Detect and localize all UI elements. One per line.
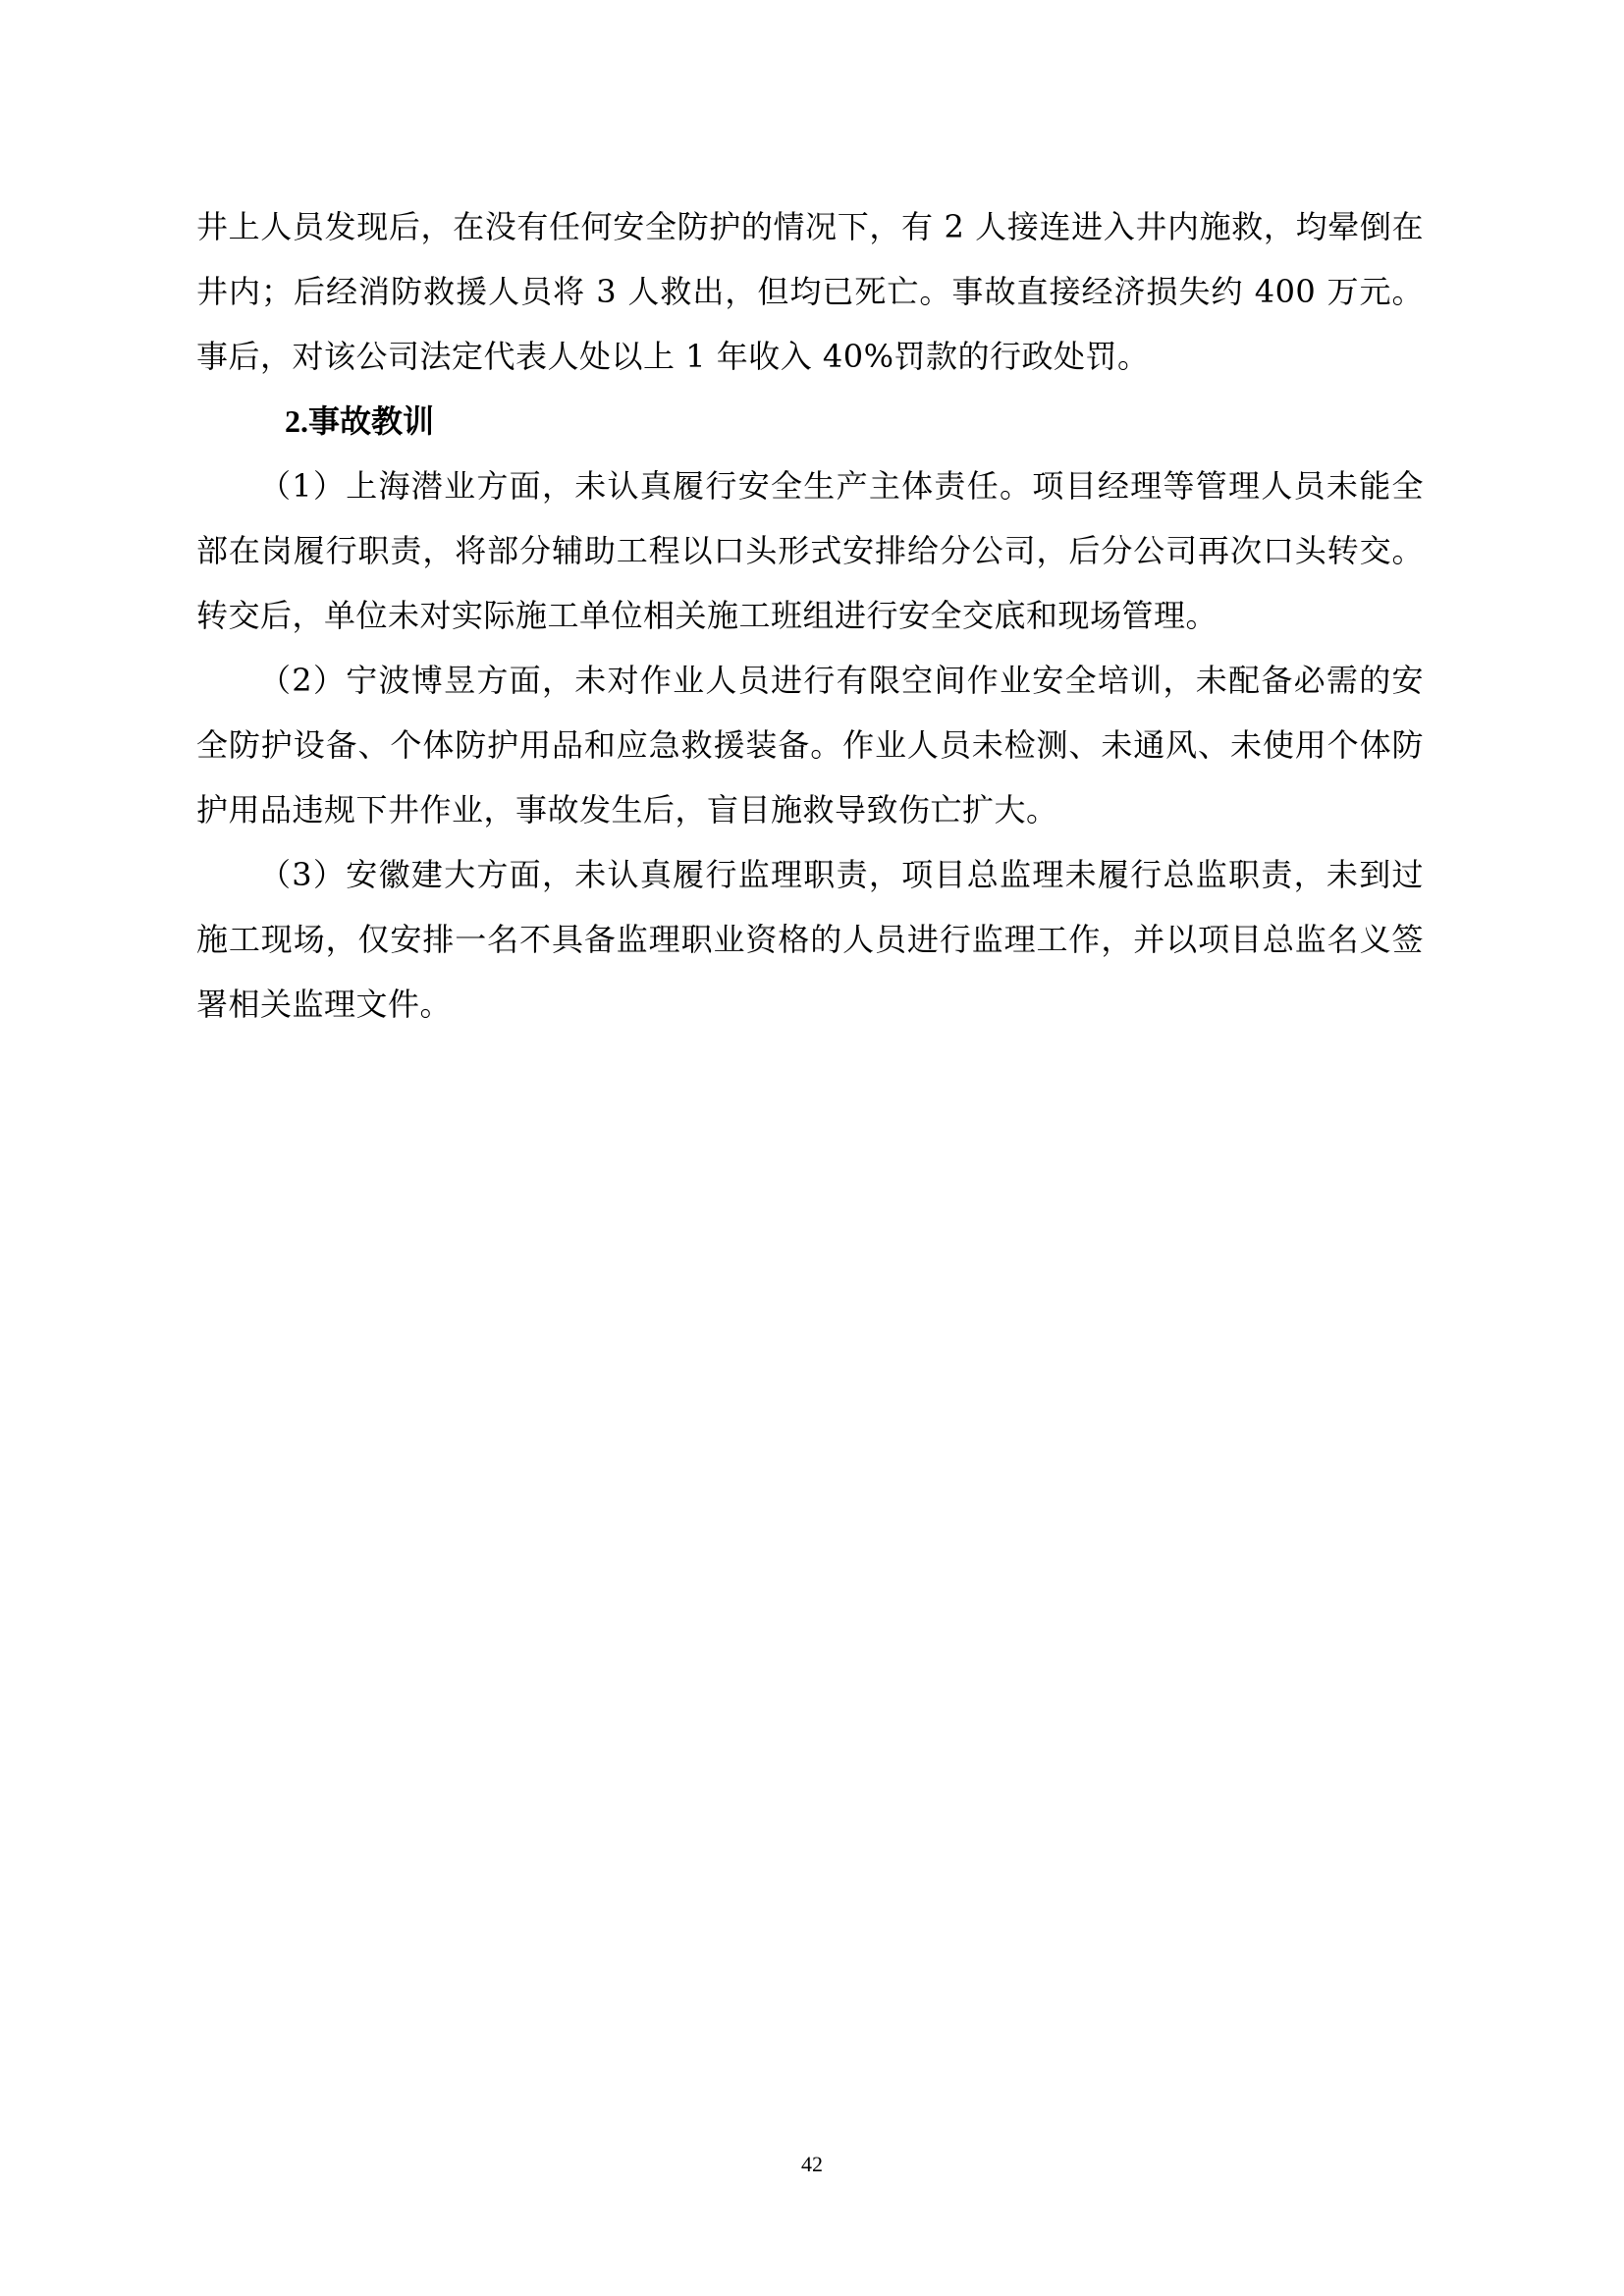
section-heading-lessons: 2.事故教训 xyxy=(196,389,1424,454)
page-body: 井上人员发现后，在没有任何安全防护的情况下，有 2 人接连进入井内施救，均晕倒在… xyxy=(196,194,1424,1037)
lesson-paragraph-3: （3）安徽建大方面，未认真履行监理职责，项目总监理未履行总监职责，未到过施工现场… xyxy=(196,842,1424,1037)
lesson-paragraph-2: （2）宁波博昱方面，未对作业人员进行有限空间作业安全培训，未配备必需的安全防护设… xyxy=(196,648,1424,842)
lesson-paragraph-1: （1）上海潜业方面，未认真履行安全生产主体责任。项目经理等管理人员未能全部在岗履… xyxy=(196,454,1424,648)
continuation-paragraph: 井上人员发现后，在没有任何安全防护的情况下，有 2 人接连进入井内施救，均晕倒在… xyxy=(196,194,1424,389)
page-number: 42 xyxy=(0,2152,1624,2177)
